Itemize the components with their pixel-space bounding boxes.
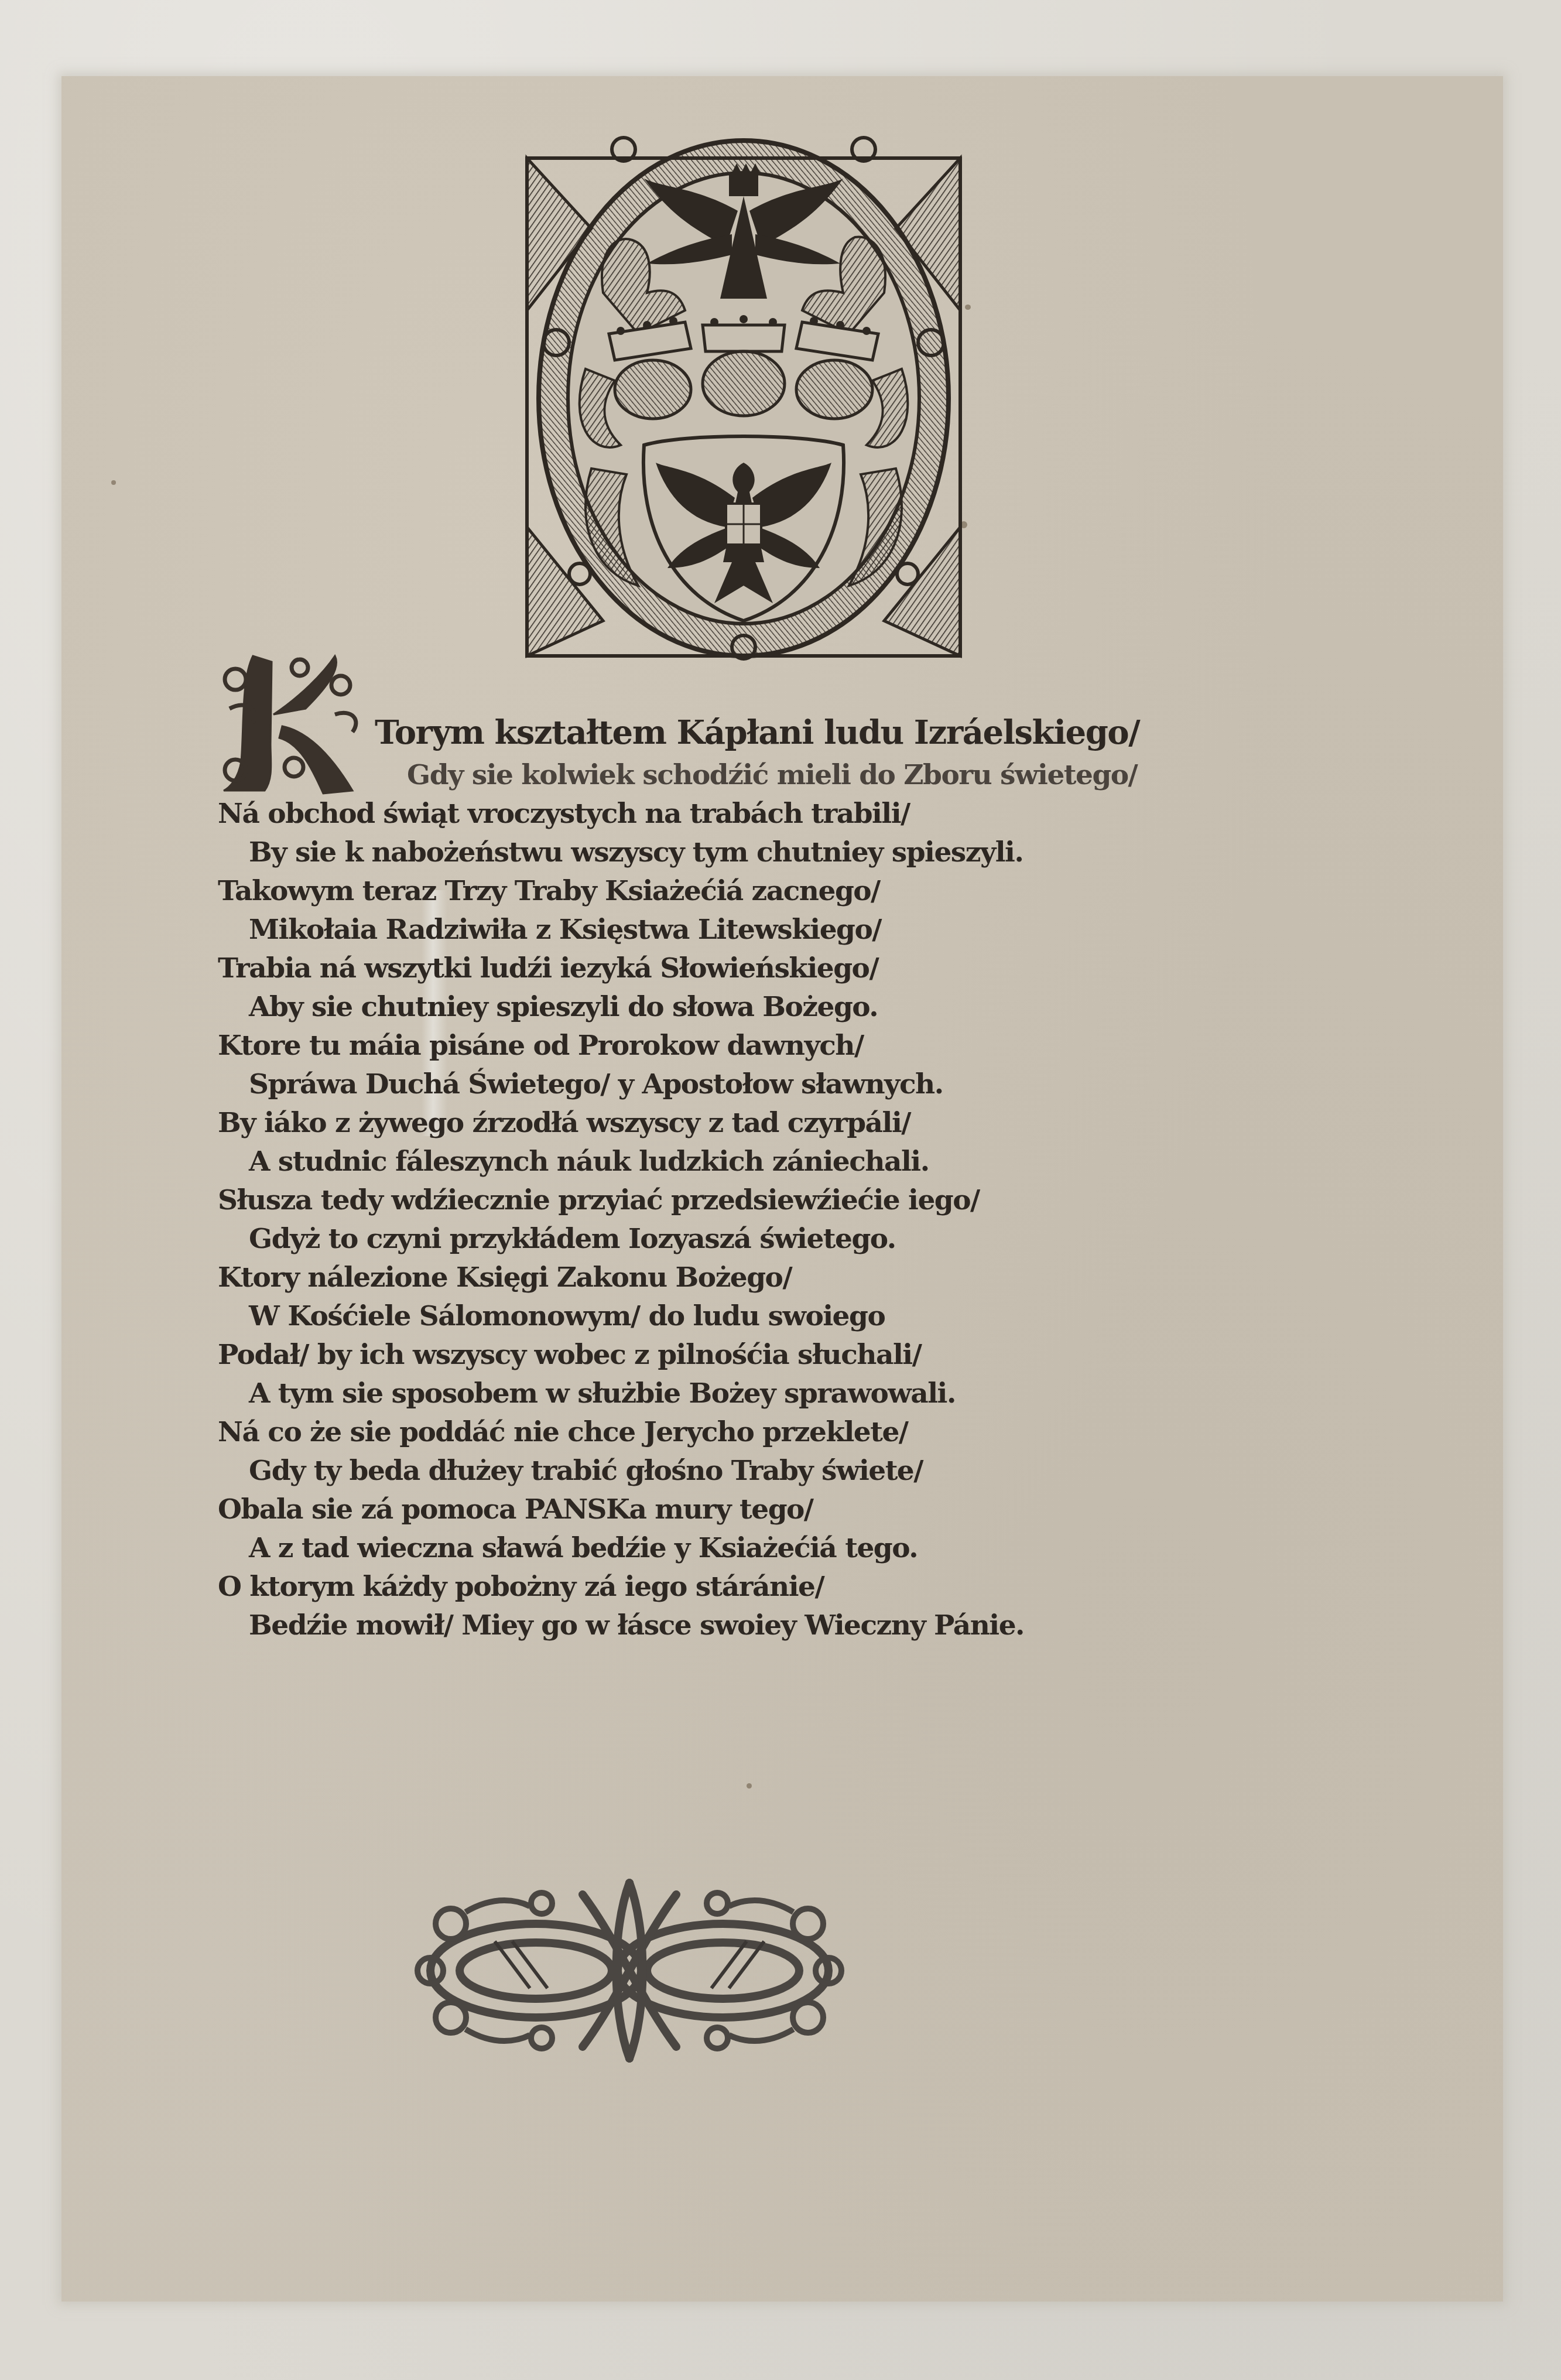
poem-line: Aby sie chutniey spieszyli do słowa Boże… [249, 991, 878, 1023]
poem-line: Ktory nálezione Księgi Zakonu Bożego/ [218, 1261, 792, 1294]
poem-line: Gdyż to czyni przykłádem Iozyaszá świete… [249, 1223, 896, 1255]
poem-line: Bedźie mowił/ Miey go w łásce swoiey Wie… [249, 1609, 1024, 1642]
poem-line: Ná obchod świąt vroczystych na trabách t… [218, 798, 910, 830]
poem-line: A z tad wieczna sławá bedźie y Ksiażećiá… [249, 1532, 918, 1564]
poem-line: Ktore tu máia pisáne od Prorokow dawnych… [218, 1030, 864, 1062]
poem-line: By sie k nabożeństwu wszyscy tym chutnie… [249, 836, 1023, 868]
poem-line: By iáko z żywego źrzodłá wszyscy z tad c… [218, 1107, 910, 1139]
poem-line: Podał/ by ich wszyscy wobec z pilnośćia … [218, 1339, 921, 1371]
poem-line: Trabia ná wszytki ludźi iezyká Słowieńsk… [218, 952, 878, 984]
poem-line: O ktorym káżdy pobożny zá iego stáránie/ [218, 1571, 824, 1603]
poem-line: A tym sie sposobem w służbie Bożey spraw… [249, 1377, 956, 1410]
poem-line: Torym kształtem Kápłani ludu Izráelskieg… [375, 713, 1139, 752]
poem-line: A studnic fáleszynch náuk ludzkich zánie… [249, 1145, 929, 1178]
poem-line: Mikołaia Radziwiła z Księstwa Litewskieg… [249, 914, 881, 946]
poem-line: Gdy ty beda dłużey trabić głośno Traby ś… [249, 1455, 923, 1487]
poem-line: Spráwa Duchá Świetego/ y Apostołow sławn… [249, 1068, 943, 1100]
poem-line: Ná co że sie poddáć nie chce Jerycho prz… [218, 1416, 908, 1448]
interlace-fleuron-icon [407, 1871, 852, 2067]
poem-line: Gdy sie kolwiek schodźić mieli do Zboru … [407, 759, 1137, 791]
poem-line: W Kośćiele Sálomonowym/ do ludu swoiego [249, 1300, 885, 1332]
poem-line: Obala sie zá pomoca PANSKa mury tego/ [218, 1493, 813, 1526]
poem-line: Takowym teraz Trzy Traby Ksiażećiá zacne… [218, 875, 880, 907]
poem-line: Słusza tedy wdźiecznie przyiać przedsiew… [218, 1184, 980, 1216]
